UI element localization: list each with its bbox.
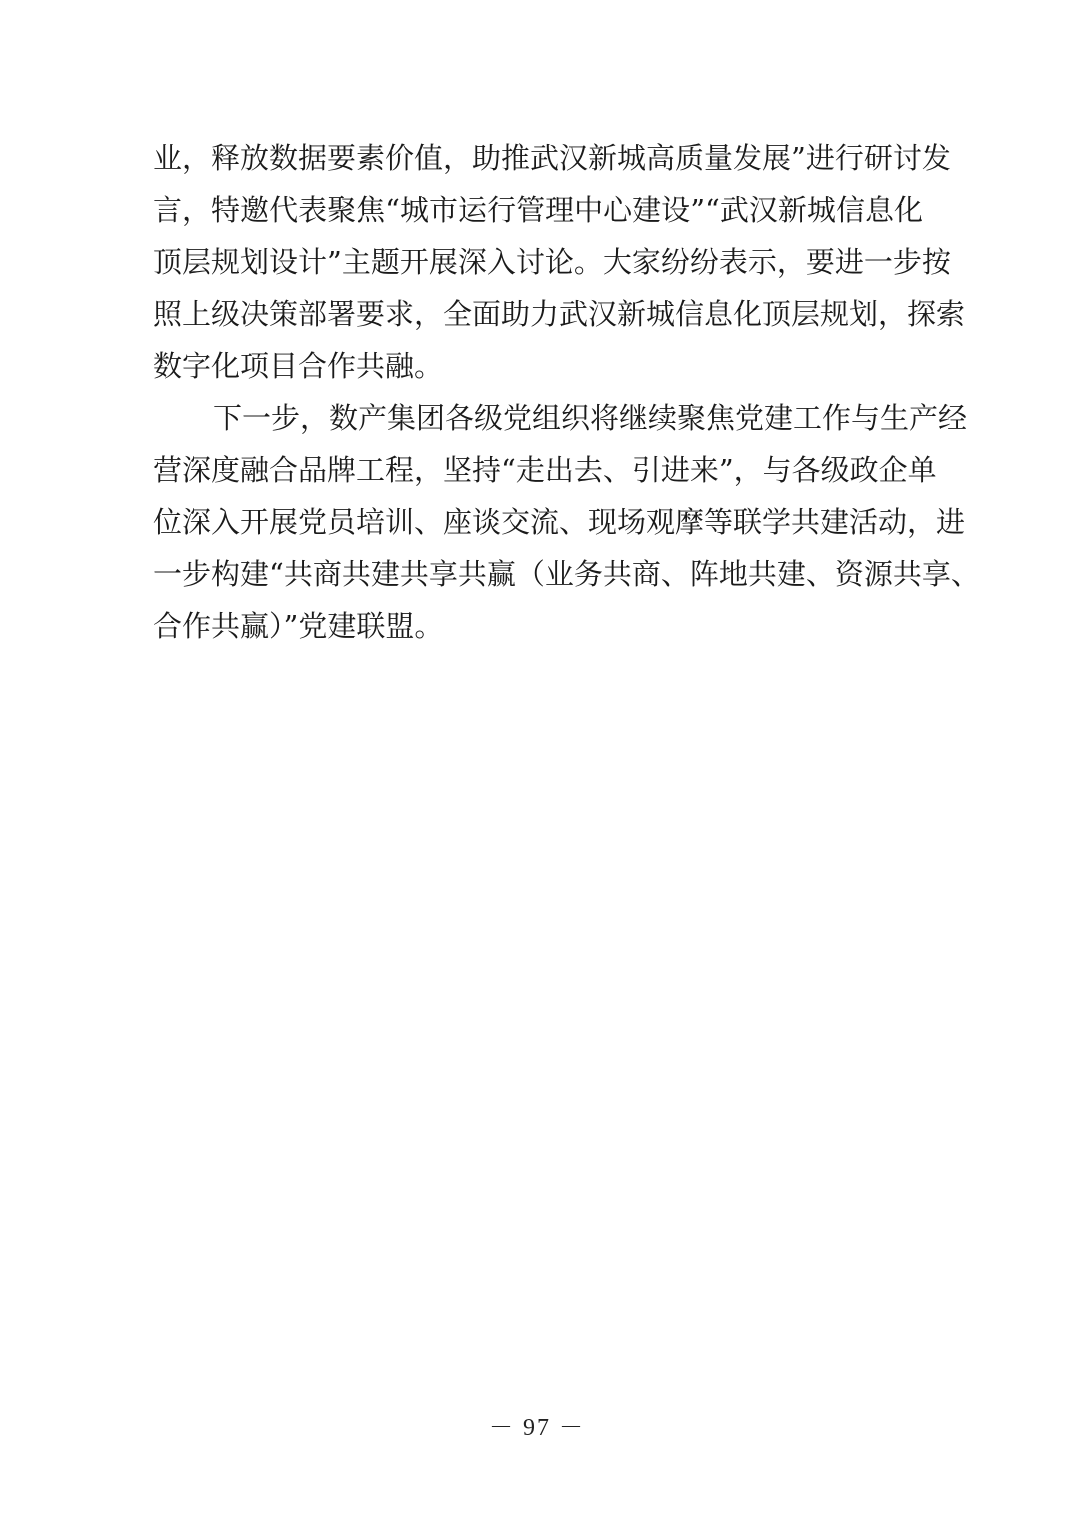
body-text: 业，释放数据要素价值，助推武汉新城高质量发展”进行研讨发 言，特邀代表聚焦“城市… [153,132,923,652]
paragraph-2: 下一步，数产集团各级党组织将继续聚焦党建工作与生产经 营深度融合品牌工程，坚持“… [153,392,923,652]
text-line: 业，释放数据要素价值，助推武汉新城高质量发展”进行研讨发 [153,132,923,184]
text-line: 数字化项目合作共融。 [153,340,923,392]
text-line: 营深度融合品牌工程，坚持“走出去、引进来”，与各级政企单 [153,444,923,496]
text-line: 顶层规划设计”主题开展深入讨论。大家纷纷表示，要进一步按 [153,236,923,288]
paragraph-1: 业，释放数据要素价值，助推武汉新城高质量发展”进行研讨发 言，特邀代表聚焦“城市… [153,132,923,392]
text-line: 合作共赢）”党建联盟。 [153,600,923,652]
document-page: 业，释放数据要素价值，助推武汉新城高质量发展”进行研讨发 言，特邀代表聚焦“城市… [0,0,1074,1520]
text-line: 一步构建“共商共建共享共赢（业务共商、阵地共建、资源共享、 [153,548,923,600]
text-line: 下一步，数产集团各级党组织将继续聚焦党建工作与生产经 [153,392,923,444]
text-line: 位深入开展党员培训、座谈交流、现场观摩等联学共建活动，进 [153,496,923,548]
page-number: － 97 － [0,1410,1074,1446]
text-line: 言，特邀代表聚焦“城市运行管理中心建设”“武汉新城信息化 [153,184,923,236]
text-line: 照上级决策部署要求，全面助力武汉新城信息化顶层规划，探索 [153,288,923,340]
